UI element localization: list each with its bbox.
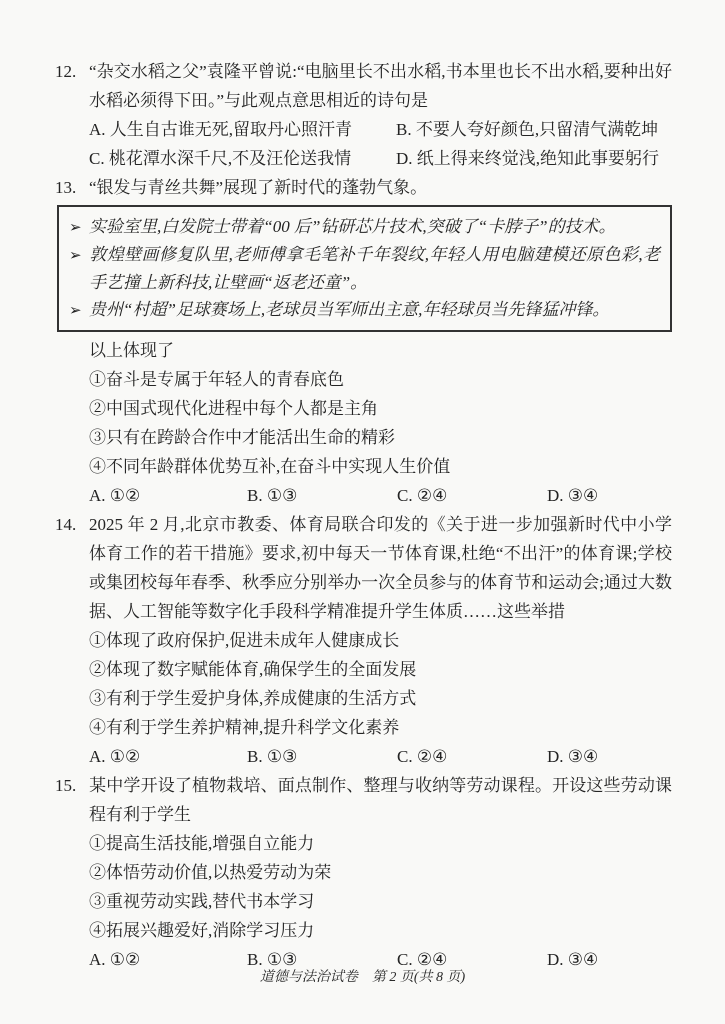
statement-item: ①奋斗是专属于年轻人的青春底色	[55, 365, 672, 394]
option-b: B. ①③	[247, 742, 397, 771]
question-stem: 12.“杂交水稻之父”袁隆平曾说:“电脑里长不出水稻,书本里也长不出水稻,要种出…	[55, 57, 672, 115]
option-a: A. ①②	[89, 742, 247, 771]
option-d: D. ③④	[547, 742, 672, 771]
question-number: 15.	[55, 771, 89, 800]
option-b: B. 不要人夸好颜色,只留清气满乾坤	[396, 115, 672, 144]
statement-item: ②中国式现代化进程中每个人都是主角	[55, 394, 672, 423]
question-number: 12.	[55, 57, 89, 86]
option-c: C. 桃花潭水深千尺,不及汪伦送我情	[89, 144, 396, 173]
question-13: 13.“银发与青丝共舞”展现了新时代的蓬勃气象。 ➢实验室里,白发院士带着“00…	[55, 173, 672, 510]
option-d: D. 纸上得来终觉浅,绝知此事要躬行	[396, 144, 672, 173]
question-stem-text: 2025 年 2 月,北京市教委、体育局联合印发的《关于进一步加强新时代中小学体…	[89, 515, 672, 621]
question-stem-text: “杂交水稻之父”袁隆平曾说:“电脑里长不出水稻,书本里也长不出水稻,要种出好水稻…	[89, 62, 672, 110]
question-stem-text: 某中学开设了植物栽培、面点制作、整理与收纳等劳动课程。开设这些劳动课程有利于学生	[89, 776, 672, 824]
statement-item: ④有利于学生养护精神,提升科学文化素养	[55, 713, 672, 742]
exam-page: 12.“杂交水稻之父”袁隆平曾说:“电脑里长不出水稻,书本里也长不出水稻,要种出…	[0, 0, 725, 1024]
statement-item: ④拓展兴趣爱好,消除学习压力	[55, 916, 672, 945]
question-stem: 13.“银发与青丝共舞”展现了新时代的蓬勃气象。	[55, 173, 672, 202]
page-content: 12.“杂交水稻之父”袁隆平曾说:“电脑里长不出水稻,书本里也长不出水稻,要种出…	[0, 0, 725, 974]
option-b: B. ①③	[247, 481, 397, 510]
material-box: ➢实验室里,白发院士带着“00 后”钻研芯片技术,突破了“卡脖子”的技术。 ➢敦…	[57, 205, 672, 332]
option-c: C. ②④	[397, 481, 547, 510]
arrow-bullet-icon: ➢	[69, 242, 89, 269]
question-stem: 15.某中学开设了植物栽培、面点制作、整理与收纳等劳动课程。开设这些劳动课程有利…	[55, 771, 672, 829]
question-number: 14.	[55, 510, 89, 539]
statement-item: ③只有在跨龄合作中才能活出生命的精彩	[55, 423, 672, 452]
statement-item: ④不同年龄群体优势互补,在奋斗中实现人生价值	[55, 452, 672, 481]
option-c: C. ②④	[397, 742, 547, 771]
statement-item: ③重视劳动实践,替代书本学习	[55, 887, 672, 916]
option-d: D. ③④	[547, 481, 672, 510]
statement-item: ②体悟劳动价值,以热爱劳动为荣	[55, 858, 672, 887]
arrow-bullet-icon: ➢	[69, 214, 89, 241]
options-grid: A. ①② B. ①③ C. ②④ D. ③④	[55, 481, 672, 510]
question-stem: 14.2025 年 2 月,北京市教委、体育局联合印发的《关于进一步加强新时代中…	[55, 510, 672, 626]
material-item: ➢贵州“村超”足球赛场上,老球员当军师出主意,年轻球员当先锋猛冲锋。	[69, 296, 660, 324]
option-a: A. ①②	[89, 481, 247, 510]
statement-item: ③有利于学生爱护身体,养成健康的生活方式	[55, 684, 672, 713]
arrow-bullet-icon: ➢	[69, 297, 89, 324]
material-item-text: 实验室里,白发院士带着“00 后”钻研芯片技术,突破了“卡脖子”的技术。	[89, 217, 616, 236]
statement-item: ①体现了政府保护,促进未成年人健康成长	[55, 626, 672, 655]
options-grid: A. ①② B. ①③ C. ②④ D. ③④	[55, 742, 672, 771]
option-a: A. 人生自古谁无死,留取丹心照汗青	[89, 115, 396, 144]
statement-item: ①提高生活技能,增强自立能力	[55, 829, 672, 858]
question-14: 14.2025 年 2 月,北京市教委、体育局联合印发的《关于进一步加强新时代中…	[55, 510, 672, 771]
question-12: 12.“杂交水稻之父”袁隆平曾说:“电脑里长不出水稻,书本里也长不出水稻,要种出…	[55, 57, 672, 173]
material-item: ➢实验室里,白发院士带着“00 后”钻研芯片技术,突破了“卡脖子”的技术。	[69, 213, 660, 241]
material-item-text: 敦煌壁画修复队里,老师傅拿毛笔补千年裂纹,年轻人用电脑建模还原色彩,老手艺撞上新…	[89, 245, 660, 292]
statement-item: ②体现了数字赋能体育,确保学生的全面发展	[55, 655, 672, 684]
material-item: ➢敦煌壁画修复队里,老师傅拿毛笔补千年裂纹,年轻人用电脑建模还原色彩,老手艺撞上…	[69, 241, 660, 296]
question-15: 15.某中学开设了植物栽培、面点制作、整理与收纳等劳动课程。开设这些劳动课程有利…	[55, 771, 672, 974]
footer-text: 道德与法治试卷 第 2 页(共 8 页)	[260, 970, 465, 985]
question-lead: 以上体现了	[55, 336, 672, 365]
options-grid: A. 人生自古谁无死,留取丹心照汗青 B. 不要人夸好颜色,只留清气满乾坤 C.…	[55, 115, 672, 173]
question-number: 13.	[55, 173, 89, 202]
page-footer: 道德与法治试卷 第 2 页(共 8 页)	[0, 963, 725, 992]
material-item-text: 贵州“村超”足球赛场上,老球员当军师出主意,年轻球员当先锋猛冲锋。	[89, 300, 609, 319]
question-stem-text: “银发与青丝共舞”展现了新时代的蓬勃气象。	[89, 178, 427, 197]
